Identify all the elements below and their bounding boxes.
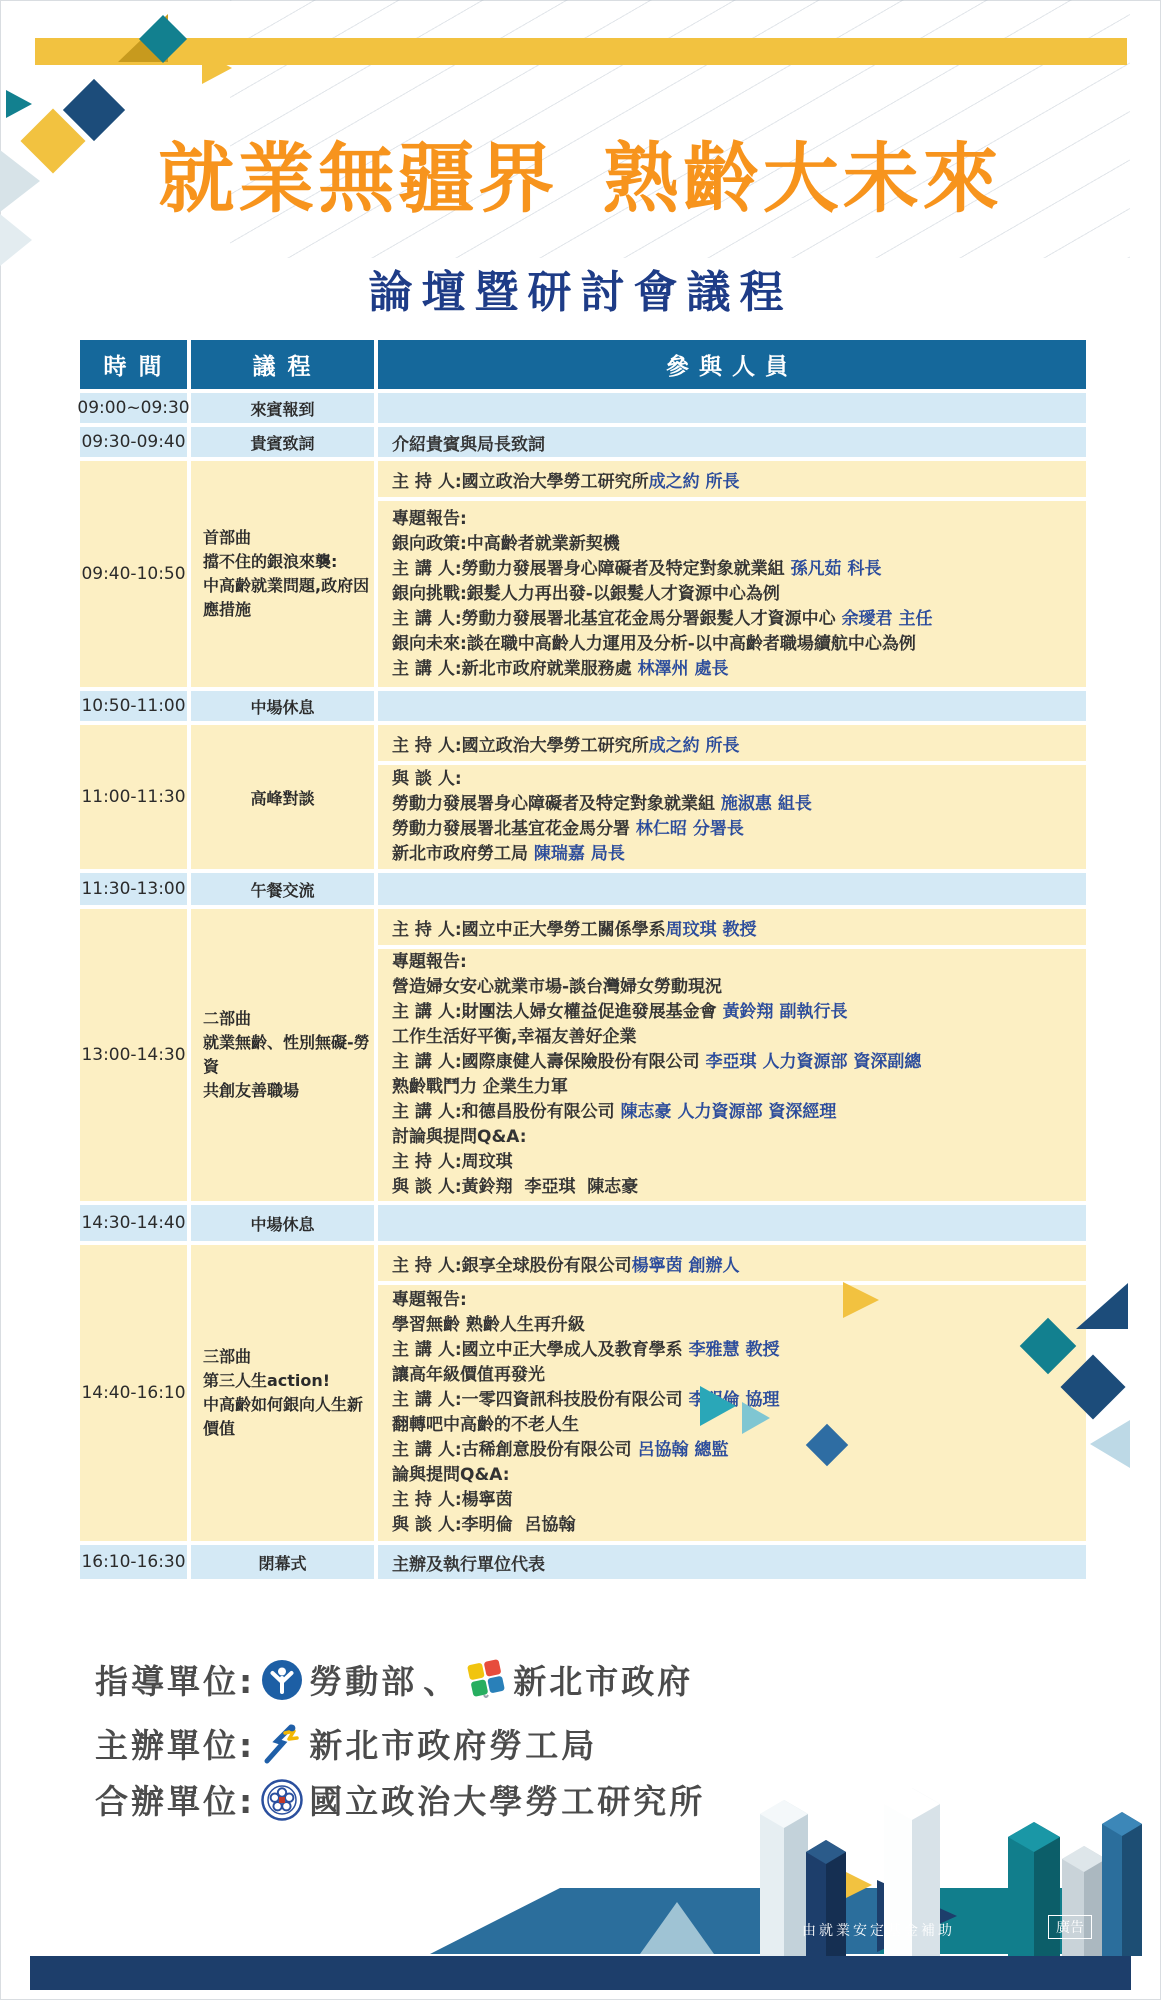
time-cell: 14:40-16:10 <box>80 1245 187 1541</box>
deco-cube-grey <box>1062 1846 1106 1956</box>
time-cell: 14:30-14:40 <box>80 1205 187 1241</box>
detail-line: 專題報告: <box>392 1288 1072 1313</box>
detail-line: 專題報告: <box>392 950 1072 975</box>
nccu-seal-logo-icon <box>261 1779 303 1821</box>
detail-line: 專題報告: <box>392 507 1072 532</box>
detail-line: 銀向未來:談在職中高齡人力運用及分析-以中高齡者職場續航中心為例 <box>392 632 1072 657</box>
deco-yellow-bar <box>35 38 1127 65</box>
time-cell: 09:00~09:30 <box>80 393 187 423</box>
detail-line: 主 講 人:古稀創意股份有限公司 呂協翰 總監 <box>392 1438 1072 1463</box>
page-title: 就業無疆界 熟齡大未來 <box>0 118 1161 227</box>
detail-line: 新北市政府勞工局 陳瑞嘉 局長 <box>392 842 1072 867</box>
moderator-text: 主 持 人:國立政治大學勞工研究所 <box>392 731 649 756</box>
host-unit-line: 主辦單位: 新北市政府勞工局 <box>95 1720 597 1767</box>
session-detail: 專題報告: 學習無齡 熟齡人生再升級 主 講 人:國立中正大學成人及教育學系 李… <box>378 1285 1086 1541</box>
detail-line: 主 講 人:國立中正大學成人及教育學系 李雅慧 教授 <box>392 1338 1072 1363</box>
deco-teal-triangle-small <box>6 90 32 118</box>
agenda-cell: 貴賓致詞 <box>191 427 374 457</box>
detail-line: 銀向政策:中高齡者就業新契機 <box>392 532 1072 557</box>
detail-line: 勞動力發展署身心障礙者及特定對象就業組 施淑惠 組長 <box>392 792 1072 817</box>
advisor-label: 指導單位: <box>95 1656 255 1703</box>
detail-line: 主 講 人:新北市政府就業服務處 林澤州 處長 <box>392 657 1072 682</box>
time-cell: 13:00-14:30 <box>80 909 187 1201</box>
participants-column: 主 持 人:國立政治大學勞工研究所 成之約 所長 與 談 人: 勞動力發展署身心… <box>378 725 1086 869</box>
detail-line: 營造婦女安心就業市場-談台灣婦女勞動現況 <box>392 975 1072 1000</box>
detail-line: 主 講 人:一零四資訊科技股份有限公司 李明倫 協理 <box>392 1388 1072 1413</box>
moderator-name: 楊寧茵 創辦人 <box>632 1251 740 1276</box>
time-cell: 11:30-13:00 <box>80 873 187 905</box>
agenda-cell: 午餐交流 <box>191 873 374 905</box>
detail-line: 主 講 人:勞動力發展署北基宜花金馬分署銀髮人才資源中心 余璦君 主任 <box>392 607 1072 632</box>
ad-badge: 廣告 <box>1048 1915 1092 1939</box>
participants-column: 主 持 人:國立政治大學勞工研究所 成之約 所長 專題報告: 銀向政策:中高齡者… <box>378 461 1086 687</box>
moderator-line: 主 持 人:國立政治大學勞工研究所 成之約 所長 <box>378 725 1086 761</box>
table-row-session-2: 13:00-14:30 二部曲 就業無齡、性別無礙-勞資 共創友善職場 主 持 … <box>80 909 1086 1201</box>
table-row: 16:10-16:30 閉幕式 主辦及執行單位代表 <box>80 1545 1086 1579</box>
moderator-name: 周玟琪 教授 <box>666 915 757 940</box>
band-left-taper <box>430 1888 560 1954</box>
col-header-agenda: 議 程 <box>191 340 374 389</box>
agenda-cell: 首部曲 擋不住的銀浪來襲: 中高齡就業問題,政府因 應措施 <box>191 461 374 687</box>
time-cell: 16:10-16:30 <box>80 1545 187 1579</box>
new-taipei-city-logo-icon <box>465 1659 507 1701</box>
agenda-cell: 中場休息 <box>191 691 374 721</box>
advisor-units-line: 指導單位: 勞動部 、 新北市政府 <box>95 1656 693 1703</box>
participants-cell <box>378 393 1086 423</box>
table-row: 11:30-13:00 午餐交流 <box>80 873 1086 905</box>
table-row-summit: 11:00-11:30 高峰對談 主 持 人:國立政治大學勞工研究所 成之約 所… <box>80 725 1086 869</box>
detail-line: 熟齡戰鬥力 企業生力軍 <box>392 1075 1072 1100</box>
session-detail: 專題報告: 營造婦女安心就業市場-談台灣婦女勞動現況 主 講 人:財團法人婦女權… <box>378 949 1086 1201</box>
labor-affairs-bureau-logo-icon <box>261 1723 303 1765</box>
moderator-line: 主 持 人:銀享全球股份有限公司 楊寧茵 創辦人 <box>378 1245 1086 1281</box>
detail-line: 主 講 人:和德昌股份有限公司 陳志豪 人力資源部 資深經理 <box>392 1100 1072 1125</box>
detail-line: 學習無齡 熟齡人生再升級 <box>392 1313 1072 1338</box>
moderator-line: 主 持 人:國立政治大學勞工研究所 成之約 所長 <box>378 461 1086 497</box>
detail-line: 主 講 人:財團法人婦女權益促進發展基金會 黃鈴翔 副執行長 <box>392 1000 1072 1025</box>
detail-line: 主 講 人:國際康健人壽保險股份有限公司 李亞琪 人力資源部 資深副總 <box>392 1050 1072 1075</box>
time-cell: 11:00-11:30 <box>80 725 187 869</box>
advisor-org-2: 新北市政府 <box>513 1656 693 1703</box>
detail-line: 勞動力發展署北基宜花金馬分署 林仁昭 分署長 <box>392 817 1072 842</box>
participants-column: 主 持 人:國立中正大學勞工關係學系 周玟琪 教授 專題報告: 營造婦女安心就業… <box>378 909 1086 1201</box>
host-label: 主辦單位: <box>95 1720 255 1767</box>
detail-line: 主 講 人:勞動力發展署身心障礙者及特定對象就業組 孫凡茹 科長 <box>392 557 1072 582</box>
agenda-cell: 來賓報到 <box>191 393 374 423</box>
agenda-cell: 閉幕式 <box>191 1545 374 1579</box>
cohost-label: 合辦單位: <box>95 1776 255 1823</box>
cohost-org: 國立政治大學勞工研究所 <box>309 1776 705 1823</box>
moderator-name: 成之約 所長 <box>649 731 740 756</box>
cohost-unit-line: 合辦單位: 國立政治大學勞工研究所 <box>95 1776 705 1823</box>
detail-line: 工作生活好平衡,幸福友善好企業 <box>392 1025 1072 1050</box>
forum-agenda-poster: 就業無疆界 熟齡大未來 論壇暨研討會議程 時 間 議 程 參與人員 09:00~… <box>0 0 1161 2000</box>
agenda-cell: 二部曲 就業無齡、性別無礙-勞資 共創友善職場 <box>191 909 374 1201</box>
moderator-text: 主 持 人:國立中正大學勞工關係學系 <box>392 915 666 940</box>
detail-line: 翻轉吧中高齡的不老人生 <box>392 1413 1072 1438</box>
session-detail: 專題報告: 銀向政策:中高齡者就業新契機 主 講 人:勞動力發展署身心障礙者及特… <box>378 501 1086 687</box>
participants-column: 主 持 人:銀享全球股份有限公司 楊寧茵 創辦人 專題報告: 學習無齡 熟齡人生… <box>378 1245 1086 1541</box>
page-subtitle: 論壇暨研討會議程 <box>0 256 1161 320</box>
detail-line: 主 持 人:周玟琪 <box>392 1150 1072 1175</box>
col-header-participants: 參與人員 <box>378 340 1086 389</box>
table-row-session-3: 14:40-16:10 三部曲 第三人生action! 中高齡如何銀向人生新價值… <box>80 1245 1086 1541</box>
deco-cube-light <box>760 1800 808 1956</box>
participants-cell <box>378 691 1086 721</box>
detail-line: 讓高年級價值再發光 <box>392 1363 1072 1388</box>
time-cell: 09:40-10:50 <box>80 461 187 687</box>
agenda-cell: 中場休息 <box>191 1205 374 1241</box>
table-header-row: 時 間 議 程 參與人員 <box>80 340 1086 389</box>
time-cell: 09:30-09:40 <box>80 427 187 457</box>
moderator-line: 主 持 人:國立中正大學勞工關係學系 周玟琪 教授 <box>378 909 1086 945</box>
agenda-table: 時 間 議 程 參與人員 09:00~09:30 來賓報到 09:30-09:4… <box>80 340 1086 1579</box>
funding-note: 由就業安定基金補助 <box>802 1920 955 1940</box>
detail-line: 與 談 人:李明倫 呂協翰 <box>392 1513 1072 1538</box>
table-row: 10:50-11:00 中場休息 <box>80 691 1086 721</box>
session-detail: 與 談 人: 勞動力發展署身心障礙者及特定對象就業組 施淑惠 組長 勞動力發展署… <box>378 765 1086 869</box>
time-cell: 10:50-11:00 <box>80 691 187 721</box>
moderator-text: 主 持 人:銀享全球股份有限公司 <box>392 1251 632 1276</box>
table-row-session-1: 09:40-10:50 首部曲 擋不住的銀浪來襲: 中高齡就業問題,政府因 應措… <box>80 461 1086 687</box>
table-row: 09:00~09:30 來賓報到 <box>80 393 1086 423</box>
moderator-text: 主 持 人:國立政治大學勞工研究所 <box>392 467 649 492</box>
detail-line: 銀向挑戰:銀髮人力再出發-以銀髮人才資源中心為例 <box>392 582 1072 607</box>
participants-cell: 主辦及執行單位代表 <box>378 1545 1086 1579</box>
detail-line: 與 談 人: <box>392 767 1072 792</box>
agenda-cell: 三部曲 第三人生action! 中高齡如何銀向人生新價值 <box>191 1245 374 1541</box>
deco-lightblue-triangle-right <box>1090 1420 1130 1468</box>
col-header-time: 時 間 <box>80 340 187 389</box>
participants-cell <box>378 1205 1086 1241</box>
agenda-cell: 高峰對談 <box>191 725 374 869</box>
moderator-name: 成之約 所長 <box>649 467 740 492</box>
participants-cell <box>378 873 1086 905</box>
participants-cell: 介紹貴賓與局長致詞 <box>378 427 1086 457</box>
table-row: 09:30-09:40 貴賓致詞 介紹貴賓與局長致詞 <box>80 427 1086 457</box>
advisor-org-1: 勞動部 <box>309 1656 417 1703</box>
advisor-separator: 、 <box>423 1656 459 1703</box>
deco-cube-blue <box>1102 1812 1142 1956</box>
detail-line: 主 持 人:楊寧茵 <box>392 1488 1072 1513</box>
table-row: 14:30-14:40 中場休息 <box>80 1205 1086 1241</box>
host-org: 新北市政府勞工局 <box>309 1720 597 1767</box>
detail-line: 與 談 人:黃鈴翔 李亞琪 陳志豪 <box>392 1175 1072 1200</box>
bottom-navy-strip <box>30 1956 1131 1990</box>
ministry-of-labor-logo-icon <box>261 1659 303 1701</box>
detail-line: 討論與提問Q&A: <box>392 1125 1072 1150</box>
detail-line: 論與提問Q&A: <box>392 1463 1072 1488</box>
